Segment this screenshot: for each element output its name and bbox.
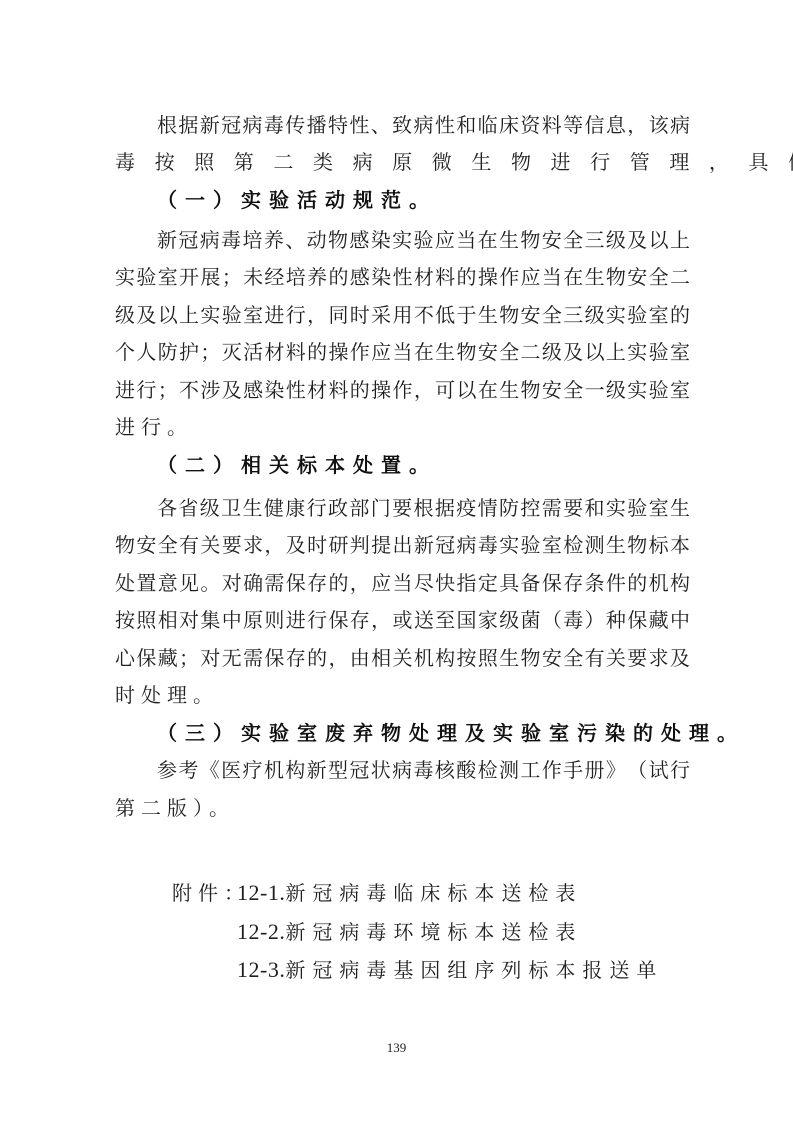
paragraph-line: 处置意见。对确需保存的，应当尽快指定具备保存条件的机构 xyxy=(115,564,690,602)
paragraph-line: 各省级卫生健康行政部门要根据疫情防控需要和实验室生 xyxy=(157,489,690,527)
paragraph-line: 根据新冠病毒传播特性、致病性和临床资料等信息，该病 xyxy=(157,106,690,144)
paragraph-line: 实验室开展；未经培养的感染性材料的操作应当在生物安全二 xyxy=(115,258,690,296)
section-heading-3: （三）实验室废弃物处理及实验室污染的处理。 xyxy=(157,714,717,752)
attachment-number: 12-3. xyxy=(237,957,285,982)
attachment-number: 12-2. xyxy=(237,919,285,944)
page-number: 139 xyxy=(0,1040,793,1056)
paragraph-line: 按照相对集中原则进行保存，或送至国家级菌（毒）种保藏中 xyxy=(115,601,690,639)
document-page: 根据新冠病毒传播特性、致病性和临床资料等信息，该病 毒按照第二类病原微生物进行管… xyxy=(0,0,793,1122)
paragraph-line: 进行；不涉及感染性材料的操作，可以在生物安全一级实验室 xyxy=(115,371,690,409)
paragraph-line: 个人防护；灭活材料的操作应当在生物安全二级及以上实验室 xyxy=(115,333,690,371)
paragraph-line: 参考《医疗机构新型冠状病毒核酸检测工作手册》（试行 xyxy=(157,751,690,789)
section-heading-1: （一）实验活动规范。 xyxy=(157,181,732,219)
attachment-number: 12-1. xyxy=(237,880,285,905)
attachment-item-3: 12-3.新冠病毒基因组序列标本报送单 xyxy=(237,951,663,989)
paragraph-line: 心保藏；对无需保存的，由相关机构按照生物安全有关要求及 xyxy=(115,639,690,677)
attachment-title: 新冠病毒基因组序列标本报送单 xyxy=(285,958,663,982)
attachment-item-1: 12-1.新冠病毒临床标本送检表 xyxy=(237,874,582,912)
paragraph-line: 毒按照第二类病原微生物进行管理，具体要求如下： xyxy=(115,143,585,181)
paragraph-line: 物安全有关要求，及时研判提出新冠病毒实验室检测生物标本 xyxy=(115,526,690,564)
attachment-title: 新冠病毒临床标本送检表 xyxy=(285,881,582,905)
paragraph-line: 进行。 xyxy=(115,408,690,446)
attachment-item-2: 12-2.新冠病毒环境标本送检表 xyxy=(237,913,582,951)
paragraph-line: 第二版）。 xyxy=(115,789,690,827)
paragraph-line: 时处理。 xyxy=(115,676,690,714)
attachment-title: 新冠病毒环境标本送检表 xyxy=(285,920,582,944)
section-heading-2: （二）相关标本处置。 xyxy=(157,446,732,484)
paragraph-line: 新冠病毒培养、动物感染实验应当在生物安全三级及以上 xyxy=(157,221,690,259)
paragraph-line: 级及以上实验室进行，同时采用不低于生物安全三级实验室的 xyxy=(115,296,690,334)
